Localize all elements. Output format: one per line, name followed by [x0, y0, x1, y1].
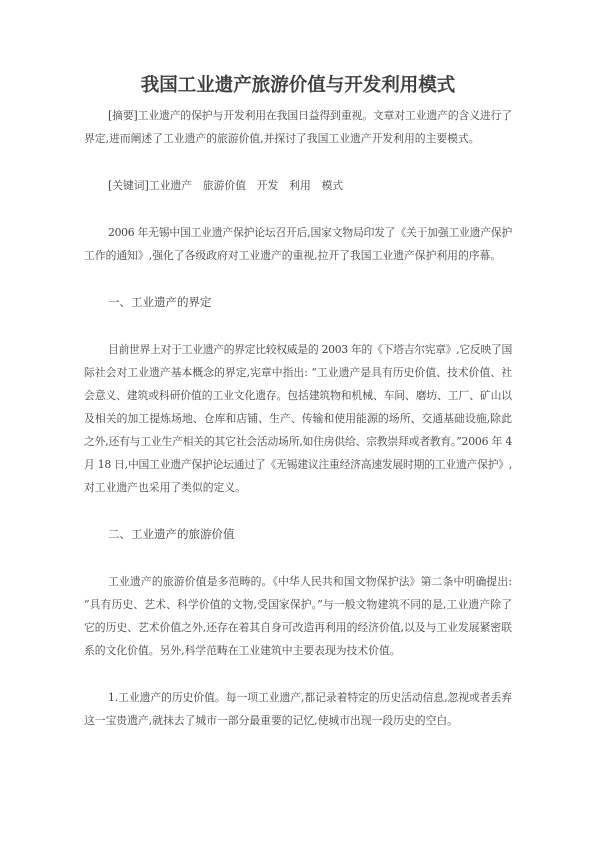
- text-line: 对工业遗产也采用了类似的定义。: [84, 476, 512, 499]
- text-line: 这一宝贵遗产,就抹去了城市一部分最重要的记忆,使城市出现一段历史的空白。: [84, 709, 512, 732]
- text-line: 际社会对工业遗产基本概念的界定,宪章中指出: “工业遗产是具有历史价值、技术价值…: [84, 361, 512, 384]
- text-line: 月 18 日,中国工业遗产保护论坛通过了《无锡建议注重经济高速发展时期的工业遗产…: [84, 453, 512, 476]
- intro-paragraph: 2006 年无锡中国工业遗产保护论坛召开后,国家文物局印发了《关于加强工业遗产保…: [84, 221, 512, 267]
- text-line: 及相关的加工提炼场地、仓库和店铺、生产、传输和使用能源的场所、交通基础设施,除此: [84, 407, 512, 430]
- text-line: 1.工业遗产的历史价值。每一项工业遗产,都记录着特定的历史活动信息,忽视或者丢弃: [84, 686, 512, 709]
- text-line: 界定,进而阐述了工业遗产的旅游价值,并探讨了我国工业遗产开发利用的主要模式。: [84, 127, 512, 150]
- section-1-paragraph: 目前世界上对于工业遗产的界定比较权威是的 2003 年的《下塔吉尔宪章》,它反映…: [84, 338, 512, 499]
- section-1-heading: 一、工业遗产的界定: [84, 291, 512, 314]
- section-2-paragraph: 工业遗产的旅游价值是多范畴的。《中华人民共和国文物保护法》第二条中明确提出:“具…: [84, 570, 512, 662]
- document-blocks: [摘要]工业遗产的保护与开发利用在我国日益得到重视。文章对工业遗产的含义进行了界…: [84, 104, 512, 732]
- section-2-heading: 二、工业遗产的旅游价值: [84, 523, 512, 546]
- text-line: [关键词]工业遗产 旅游价值 开发 利用 模式: [84, 174, 512, 197]
- text-line: “具有历史、艺术、科学价值的文物,受国家保护。”与一般文物建筑不同的是,工业遗产…: [84, 593, 512, 616]
- text-line: 2006 年无锡中国工业遗产保护论坛召开后,国家文物局印发了《关于加强工业遗产保…: [84, 221, 512, 244]
- text-line: 它的历史、艺术价值之外,还存在着其自身可改造再利用的经济价值,以及与工业发展紧密…: [84, 616, 512, 639]
- abstract-paragraph: [摘要]工业遗产的保护与开发利用在我国日益得到重视。文章对工业遗产的含义进行了界…: [84, 104, 512, 150]
- text-line: 工业遗产的旅游价值是多范畴的。《中华人民共和国文物保护法》第二条中明确提出:: [84, 570, 512, 593]
- text-line: [摘要]工业遗产的保护与开发利用在我国日益得到重视。文章对工业遗产的含义进行了: [84, 104, 512, 127]
- text-line: 系的文化价值。另外,科学范畴在工业建筑中主要表现为技术价值。: [84, 639, 512, 662]
- text-line: 工作的通知》,强化了各级政府对工业遗产的重视,拉开了我国工业遗产保护利用的序幕。: [84, 244, 512, 267]
- text-line: 目前世界上对于工业遗产的界定比较权威是的 2003 年的《下塔吉尔宪章》,它反映…: [84, 338, 512, 361]
- text-line: 会意义、建筑或科研价值的工业文化遗存。包括建筑物和机械、车间、磨坊、工厂、矿山以: [84, 384, 512, 407]
- text-line: 之外,还有与工业生产相关的其它社会活动场所,如住房供给、宗教崇拜或者教育。”20…: [84, 430, 512, 453]
- document-title: 我国工业遗产旅游价值与开发利用模式: [84, 72, 512, 100]
- historical-value-paragraph: 1.工业遗产的历史价值。每一项工业遗产,都记录着特定的历史活动信息,忽视或者丢弃…: [84, 686, 512, 732]
- text-line: 一、工业遗产的界定: [84, 291, 512, 314]
- document-page: 我国工业遗产旅游价值与开发利用模式 [摘要]工业遗产的保护与开发利用在我国日益得…: [0, 0, 595, 842]
- keywords-paragraph: [关键词]工业遗产 旅游价值 开发 利用 模式: [84, 174, 512, 197]
- text-line: 二、工业遗产的旅游价值: [84, 523, 512, 546]
